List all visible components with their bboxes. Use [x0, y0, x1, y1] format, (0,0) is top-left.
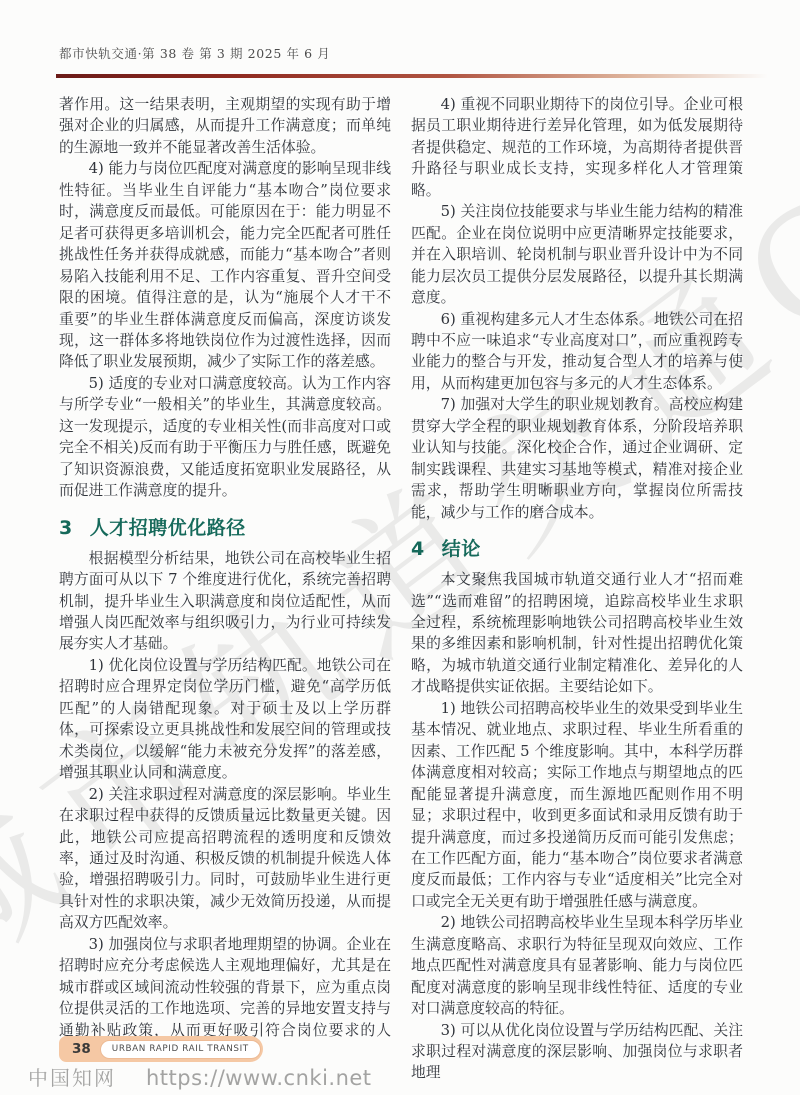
paragraph: 5) 适度的专业对口满意度较高。认为工作内容与所学专业“一般相关”的毕业生，其满…	[59, 373, 391, 502]
cnki-footer: 中国知网 https://www.cnki.net	[28, 1062, 372, 1091]
cnki-url: https://www.cnki.net	[146, 1066, 372, 1090]
section-heading-3: 3人才招聘优化路径	[59, 513, 391, 540]
header-rule	[56, 74, 768, 78]
paragraph: 2) 关注求职过程对满意度的深层影响。毕业生在求职过程中获得的反馈质量远比数量更…	[59, 784, 391, 934]
paragraph: 3) 可以从优化岗位设置与学历结构匹配、关注求职过程对满意度的深层影响、加强岗位…	[411, 1020, 743, 1084]
section-title: 结论	[442, 538, 481, 560]
paragraph: 著作用。这一结果表明，主观期望的实现有助于增强对企业的归属感，从而提升工作满意度…	[59, 94, 391, 158]
paragraph: 2) 地铁公司招聘高校毕业生呈现本科学历毕业生满意度略高、求职行为特征呈现双向效…	[411, 912, 743, 1019]
left-column: 著作用。这一结果表明，主观期望的实现有助于增强对企业的归属感，从而提升工作满意度…	[59, 94, 391, 1084]
page-number: 38	[59, 1041, 100, 1057]
journal-header-line: 都市快轨交通·第 38 卷 第 3 期 2025 年 6 月	[59, 44, 330, 62]
section-title: 人才招聘优化路径	[90, 517, 246, 539]
page-number-badge: 38 URBAN RAPID RAIL TRANSIT	[59, 1036, 263, 1062]
paragraph: 5) 关注岗位技能要求与毕业生能力结构的精准匹配。企业在岗位说明中应更清晰界定技…	[411, 201, 743, 308]
paragraph: 4) 重视不同职业期待下的岗位引导。企业可根据员工职业期待进行差异化管理，如为低…	[411, 94, 743, 201]
paragraph: 1) 地铁公司招聘高校毕业生的效果受到毕业生基本情况、就业地点、求职过程、毕业生…	[411, 698, 743, 913]
section-number: 3	[59, 517, 73, 539]
paragraph: 本文聚焦我国城市轨道交通行业人才“招而难选”“选而难留”的招聘困境，追踪高校毕业…	[411, 569, 743, 698]
paragraph: 根据模型分析结果，地铁公司在高校毕业生招聘方面可从以下 7 个维度进行优化，系统…	[59, 548, 391, 655]
journal-english-title: URBAN RAPID RAIL TRANSIT	[100, 1040, 261, 1059]
paragraph: 4) 能力与岗位匹配度对满意度的影响呈现非线性特征。当毕业生自评能力“基本吻合”…	[59, 158, 391, 373]
paragraph: 1) 优化岗位设置与学历结构匹配。地铁公司在招聘时应合理界定岗位学历门槛，避免“…	[59, 655, 391, 784]
article-body: 著作用。这一结果表明，主观期望的实现有助于增强对企业的归属感，从而提升工作满意度…	[59, 94, 743, 1084]
section-number: 4	[411, 538, 425, 560]
cnki-label: 中国知网	[28, 1062, 116, 1091]
section-heading-4: 4结论	[411, 534, 743, 561]
paragraph: 7) 加强对大学生的职业规划教育。高校应构建贯穿大学全程的职业规划教育体系，分阶…	[411, 394, 743, 523]
paragraph: 6) 重视构建多元人才生态体系。地铁公司在招聘中不应一味追求“专业高度对口”，而…	[411, 309, 743, 395]
right-column: 4) 重视不同职业期待下的岗位引导。企业可根据员工职业期待进行差异化管理，如为低…	[411, 94, 743, 1084]
